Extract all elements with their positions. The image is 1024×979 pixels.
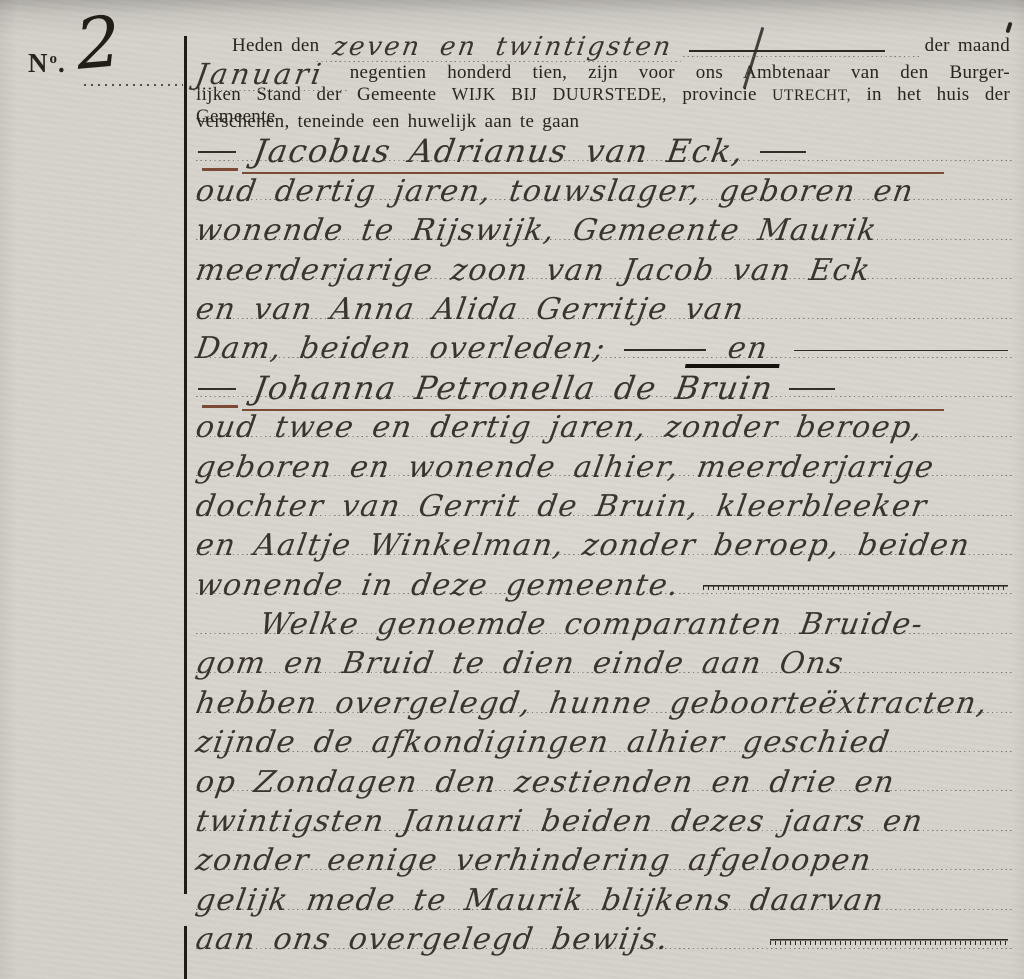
day-filler bbox=[683, 50, 918, 57]
trail-dash-rule bbox=[789, 388, 835, 390]
province-name: UTRECHT, bbox=[772, 87, 851, 104]
handwritten-line: wonende te Rijswijk, Gemeente Maurik bbox=[196, 201, 1012, 240]
handwritten-month: Januari bbox=[193, 57, 352, 91]
heden-den-label: Heden den bbox=[196, 35, 319, 57]
certificate-number-label: No. bbox=[28, 50, 66, 77]
trailing-rule bbox=[703, 585, 1008, 591]
lead-dash-rule bbox=[198, 151, 236, 153]
handwritten-line: meerderjarige zoon van Jacob van Eck bbox=[196, 240, 1012, 279]
margin-vertical-rule-lower bbox=[184, 926, 187, 979]
handwritten-line: aan ons overgelegd bewijs. bbox=[196, 910, 1012, 949]
handwritten-line: geboren en wonende alhier, meerderjarige bbox=[196, 437, 1012, 476]
handwritten-line: Jacobus Adrianus van Eck, bbox=[196, 122, 1012, 161]
handwritten-line: hebben overgelegd, hunne geboorteëxtract… bbox=[196, 673, 1012, 712]
handwritten-text: aan ons overgelegd bewijs. bbox=[194, 925, 672, 955]
handwritten-line: gelijk mede te Maurik blijkens daarvan bbox=[196, 870, 1012, 909]
printed-line-1: Heden den zeven en twintigsten der maand bbox=[196, 30, 1010, 57]
number-label-dot: . bbox=[58, 48, 66, 78]
margin-vertical-rule bbox=[184, 36, 187, 894]
handwritten-line: en Aaltje Winkelman, zonder beroep, beid… bbox=[196, 516, 1012, 555]
number-label-n: N bbox=[28, 48, 49, 78]
handwritten-line: dochter van Gerrit de Bruin, kleerbleeke… bbox=[196, 477, 1012, 516]
printed-line-2-text: negentien honderd tien, zijn voor ons Am… bbox=[350, 62, 1010, 84]
handwritten-line: en van Anna Alida Gerritje van bbox=[196, 280, 1012, 319]
handwritten-line: zonder eenige verhindering afgeloopen bbox=[196, 831, 1012, 870]
filler-rule bbox=[689, 50, 884, 52]
trailing-rule bbox=[770, 939, 1008, 945]
filler-rule bbox=[794, 350, 1008, 352]
handwritten-line: oud dertig jaren, touwslager, geboren en bbox=[196, 161, 1012, 200]
handwritten-line: zijnde de afkondigingen alhier geschied bbox=[196, 713, 1012, 752]
der-maand-label: der maand bbox=[925, 35, 1010, 57]
filler-rule bbox=[624, 349, 706, 351]
number-dotted-rule bbox=[84, 84, 183, 86]
trail-dash-rule bbox=[760, 151, 806, 153]
handwritten-line: gom en Bruid te dien einde aan Ons bbox=[196, 634, 1012, 673]
handwritten-line: Dam, beiden overleden;en bbox=[196, 319, 1012, 358]
handwritten-body: Jacobus Adrianus van Eck,oud dertig jare… bbox=[196, 122, 1012, 949]
gemeente-name: WIJK BIJ DUURSTEDE, bbox=[452, 84, 667, 104]
handwritten-line: twintigsten Januari beiden dezes jaars e… bbox=[196, 792, 1012, 831]
handwritten-line: oud twee en dertig jaren, zonder beroep, bbox=[196, 398, 1012, 437]
handwritten-day: zeven en twintigsten bbox=[317, 32, 685, 62]
handwritten-line: Johanna Petronella de Bruin bbox=[196, 358, 1012, 397]
printed-line-3-mid: provincie bbox=[682, 84, 756, 105]
lead-dash-rule bbox=[198, 388, 236, 390]
handwritten-line: op Zondagen den zestienden en drie en bbox=[196, 752, 1012, 791]
handwritten-line: Welke genoemde comparanten Bruide- bbox=[196, 595, 1012, 634]
marriage-certificate-page: No. 2 Heden den zeven en twintigsten der… bbox=[0, 0, 1024, 979]
number-label-sup-o: o bbox=[50, 51, 59, 67]
handwritten-line: wonende in deze gemeente. bbox=[196, 555, 1012, 594]
certificate-number-value: 2 bbox=[73, 6, 123, 80]
